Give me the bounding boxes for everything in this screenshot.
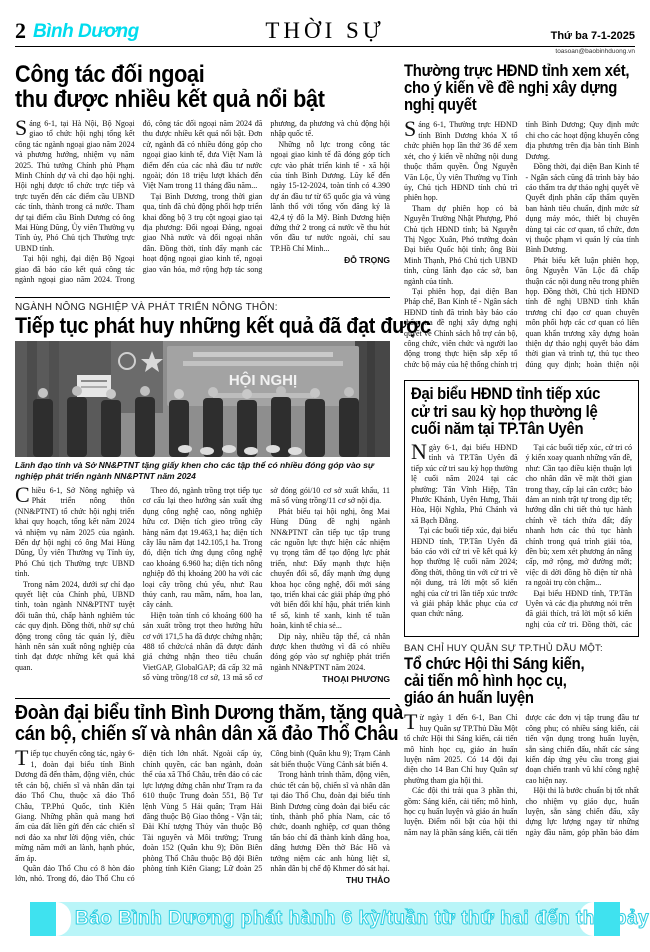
article-paragraph: Tham dự phiên họp có bà Nguyễn Trường Nh…: [404, 204, 518, 287]
article-agriculture: NGÀNH NÔNG NGHIỆP VÀ PHÁT TRIỂN NÔNG THÔ…: [15, 302, 390, 692]
article-paragraph: Tại các buổi tiếp xúc, đại biểu HĐND tỉn…: [411, 526, 518, 620]
banner-left-cap: [56, 902, 71, 936]
article-paragraph: Sáng 6-1, tại Hà Nội, Bộ Ngoại giao tổ c…: [15, 119, 135, 254]
article-paragraph: Trong năm 2024, dưới sự chỉ đạo quyết li…: [15, 580, 135, 674]
headline-voter-meetings: Đại biểu HĐND tỉnh tiếp xúc cử tri sau k…: [411, 386, 632, 437]
photo-caption: Lãnh đạo tỉnh và Sở NN&PTNT tặng giấy kh…: [15, 460, 390, 482]
section-divider: [15, 698, 390, 699]
byline: THU THẢO: [270, 874, 390, 885]
footer-banner-text: Báo Bình Dương phát hành 6 kỳ/tuần từ th…: [75, 902, 575, 936]
headline-hdnd-review: Thường trực HĐND tỉnh xem xét, cho ý kiế…: [404, 63, 639, 114]
article-kicker: BAN CHỈ HUY QUÂN SỰ TP.THỦ DẦU MỘT:: [404, 643, 639, 654]
article-body: Từ ngày 1 đến 6-1, Ban Chỉ huy Quân sự T…: [404, 713, 639, 847]
article-body: Ngày 6-1, đại biểu HĐND tỉnh và TP.Tân U…: [411, 443, 632, 631]
section-divider: [15, 297, 390, 298]
footer-banner: Báo Bình Dương phát hành 6 kỳ/tuần từ th…: [30, 902, 620, 936]
article-paragraph: Tại các buổi tiếp xúc, cử tri có ý kiến …: [526, 443, 633, 589]
conference-photo: HỘI NGHỊ: [15, 341, 390, 457]
article-paragraph: Sáng 6-1, Thường trực HĐND tỉnh Bình Dươ…: [404, 120, 518, 203]
article-kicker: NGÀNH NÔNG NGHIỆP VÀ PHÁT TRIỂN NÔNG THÔ…: [15, 302, 390, 313]
article-paragraph: Theo đó, ngành trồng trọt tiếp tục cơ cấ…: [143, 486, 263, 611]
article-body: Chiều 6-1, Sở Nông nghiệp và Phát triển …: [15, 486, 390, 692]
left-column: Công tác đối ngoại thu được nhiều kết qu…: [15, 55, 390, 889]
svg-text:HỘI NGHỊ: HỘI NGHỊ: [229, 371, 297, 389]
article-tho-chau-visit: Đoàn đại biểu tỉnh Bình Dương thăm, tặng…: [15, 703, 390, 890]
article-paragraph: Ngày 6-1, đại biểu HĐND tỉnh và TP.Tân U…: [411, 443, 518, 526]
article-paragraph: Những nỗ lực trong công tác ngoại giao k…: [270, 140, 390, 254]
masthead: 2 Bình Dương THỜI SỰ Thứ ba 7-1-2025: [15, 16, 635, 47]
newspaper-page: 2 Bình Dương THỜI SỰ Thứ ba 7-1-2025 toa…: [0, 0, 650, 952]
article-paragraph: Từ ngày 1 đến 6-1, Ban Chỉ huy Quân sự T…: [404, 713, 518, 786]
issue-date: Thứ ba 7-1-2025: [551, 30, 635, 42]
article-paragraph: Chiều 6-1, Sở Nông nghiệp và Phát triển …: [15, 486, 135, 580]
headline-tho-chau: Đoàn đại biểu tỉnh Bình Dương thăm, tặng…: [15, 703, 390, 745]
headline-foreign-affairs: Công tác đối ngoại thu được nhiều kết qu…: [15, 63, 390, 113]
article-paragraph: Đồng thời, đại diện Ban Kinh tế - Ngân s…: [526, 162, 640, 256]
content-area: Công tác đối ngoại thu được nhiều kết qu…: [0, 55, 650, 889]
article-voter-meetings: Đại biểu HĐND tỉnh tiếp xúc cử tri sau k…: [404, 380, 639, 636]
article-military-contest: BAN CHỈ HUY QUÂN SỰ TP.THỦ DẦU MỘT: Tổ c…: [404, 643, 639, 847]
headline-agriculture: Tiếp tục phát huy những kết quả đã đạt đ…: [15, 315, 390, 338]
article-paragraph: Dịp này, nhiều tập thể, cá nhân được khe…: [270, 632, 390, 674]
article-foreign-affairs: Công tác đối ngoại thu được nhiều kết qu…: [15, 63, 390, 291]
section-title: THỜI SỰ: [15, 18, 635, 44]
contact-email: toasoan@baobinhduong.vn: [0, 48, 635, 55]
article-body: Tiếp tục chuyến công tác, ngày 6-1, đoàn…: [15, 749, 390, 889]
byline: ĐỖ TRỌNG: [270, 254, 390, 265]
article-body: Sáng 6-1, tại Hà Nội, Bộ Ngoại giao tổ c…: [15, 119, 390, 291]
right-column: Thường trực HĐND tỉnh xem xét, cho ý kiế…: [404, 55, 639, 889]
article-hdnd-review: Thường trực HĐND tỉnh xem xét, cho ý kiế…: [404, 63, 639, 372]
byline: THOẠI PHƯƠNG: [270, 673, 390, 684]
article-paragraph: Tiếp tục chuyến công tác, ngày 6-1, đoàn…: [15, 749, 135, 863]
headline-military-contest: Tổ chức Hội thi Sáng kiến, cải tiến mô h…: [404, 656, 639, 707]
article-paragraph: Trong hành trình thăm, động viên, chúc t…: [270, 770, 390, 874]
article-body: Sáng 6-1, Thường trực HĐND tỉnh Bình Dươ…: [404, 120, 639, 372]
article-paragraph: Phát biểu tại hội nghị, ông Mai Hùng Dũn…: [270, 507, 390, 632]
